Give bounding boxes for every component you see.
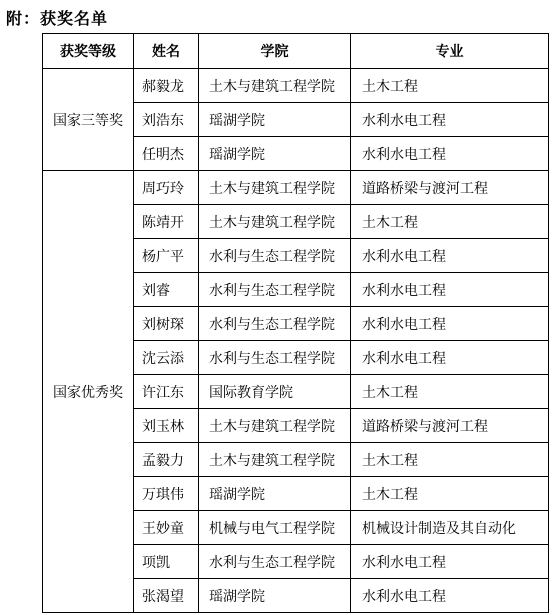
name-cell: 刘树琛 bbox=[134, 307, 199, 341]
major-cell: 道路桥梁与渡河工程 bbox=[351, 171, 549, 205]
column-header-college: 学院 bbox=[199, 34, 351, 69]
college-cell: 瑶湖学院 bbox=[199, 477, 351, 511]
name-cell: 张渴望 bbox=[134, 579, 199, 613]
name-cell: 刘浩东 bbox=[134, 103, 199, 137]
header-row: 获奖等级 姓名 学院 专业 bbox=[43, 34, 549, 69]
name-cell: 项凯 bbox=[134, 545, 199, 579]
award-table-header: 获奖等级 姓名 学院 专业 bbox=[43, 34, 549, 69]
award-level-cell: 国家三等奖 bbox=[43, 69, 134, 171]
award-table: 获奖等级 姓名 学院 专业 国家三等奖郝毅龙土木与建筑工程学院土木工程刘浩东瑶湖… bbox=[42, 33, 549, 613]
college-cell: 土木与建筑工程学院 bbox=[199, 69, 351, 103]
major-cell: 水利水电工程 bbox=[351, 239, 549, 273]
major-cell: 水利水电工程 bbox=[351, 579, 549, 613]
college-cell: 机械与电气工程学院 bbox=[199, 511, 351, 545]
column-header-name: 姓名 bbox=[134, 34, 199, 69]
name-cell: 刘睿 bbox=[134, 273, 199, 307]
table-row: 国家优秀奖周巧玲土木与建筑工程学院道路桥梁与渡河工程 bbox=[43, 171, 549, 205]
major-cell: 机械设计制造及其自动化 bbox=[351, 511, 549, 545]
name-cell: 王妙童 bbox=[134, 511, 199, 545]
document-page: 附：获奖名单 获奖等级 姓名 学院 专业 国家三等奖郝毅龙土木与建筑工程学院土木… bbox=[0, 0, 555, 615]
major-cell: 水利水电工程 bbox=[351, 341, 549, 375]
major-cell: 土木工程 bbox=[351, 477, 549, 511]
name-cell: 刘玉林 bbox=[134, 409, 199, 443]
major-cell: 水利水电工程 bbox=[351, 545, 549, 579]
name-cell: 孟毅力 bbox=[134, 443, 199, 477]
college-cell: 土木与建筑工程学院 bbox=[199, 205, 351, 239]
college-cell: 国际教育学院 bbox=[199, 375, 351, 409]
name-cell: 沈云添 bbox=[134, 341, 199, 375]
name-cell: 杨广平 bbox=[134, 239, 199, 273]
column-header-award-level: 获奖等级 bbox=[43, 34, 134, 69]
major-cell: 土木工程 bbox=[351, 443, 549, 477]
major-cell: 道路桥梁与渡河工程 bbox=[351, 409, 549, 443]
major-cell: 水利水电工程 bbox=[351, 103, 549, 137]
college-cell: 水利与生态工程学院 bbox=[199, 273, 351, 307]
college-cell: 水利与生态工程学院 bbox=[199, 239, 351, 273]
name-cell: 万琪伟 bbox=[134, 477, 199, 511]
major-cell: 水利水电工程 bbox=[351, 273, 549, 307]
college-cell: 水利与生态工程学院 bbox=[199, 307, 351, 341]
name-cell: 任明杰 bbox=[134, 137, 199, 171]
major-cell: 水利水电工程 bbox=[351, 307, 549, 341]
award-level-cell: 国家优秀奖 bbox=[43, 171, 134, 613]
college-cell: 土木与建筑工程学院 bbox=[199, 409, 351, 443]
major-cell: 土木工程 bbox=[351, 205, 549, 239]
name-cell: 陈靖开 bbox=[134, 205, 199, 239]
major-cell: 土木工程 bbox=[351, 69, 549, 103]
column-header-major: 专业 bbox=[351, 34, 549, 69]
name-cell: 郝毅龙 bbox=[134, 69, 199, 103]
major-cell: 土木工程 bbox=[351, 375, 549, 409]
college-cell: 瑶湖学院 bbox=[199, 103, 351, 137]
name-cell: 许江东 bbox=[134, 375, 199, 409]
award-table-body: 国家三等奖郝毅龙土木与建筑工程学院土木工程刘浩东瑶湖学院水利水电工程任明杰瑶湖学… bbox=[43, 69, 549, 613]
college-cell: 水利与生态工程学院 bbox=[199, 545, 351, 579]
major-cell: 水利水电工程 bbox=[351, 137, 549, 171]
college-cell: 土木与建筑工程学院 bbox=[199, 443, 351, 477]
college-cell: 土木与建筑工程学院 bbox=[199, 171, 351, 205]
name-cell: 周巧玲 bbox=[134, 171, 199, 205]
college-cell: 瑶湖学院 bbox=[199, 137, 351, 171]
college-cell: 水利与生态工程学院 bbox=[199, 341, 351, 375]
page-title: 附：获奖名单 bbox=[6, 6, 108, 29]
table-row: 国家三等奖郝毅龙土木与建筑工程学院土木工程 bbox=[43, 69, 549, 103]
college-cell: 瑶湖学院 bbox=[199, 579, 351, 613]
